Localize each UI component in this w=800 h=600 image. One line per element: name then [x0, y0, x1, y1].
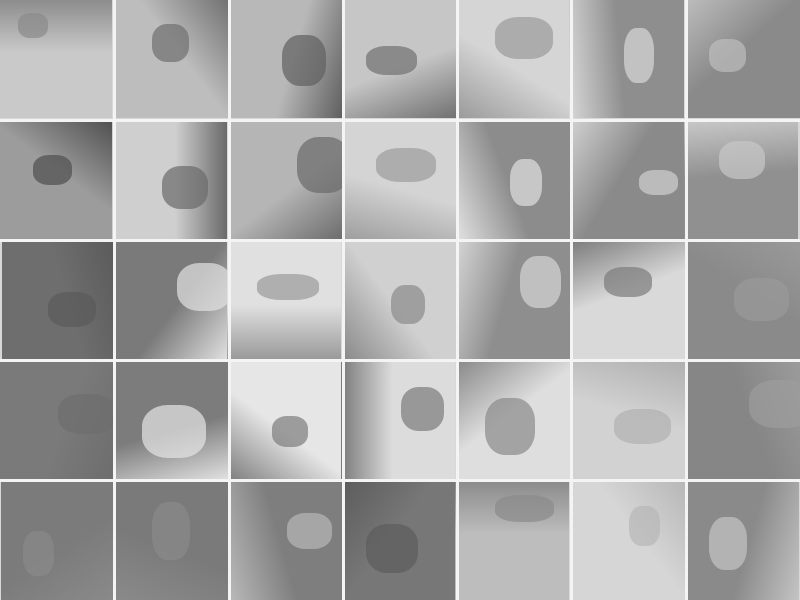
tile-detail	[719, 141, 765, 179]
puzzle-tile[interactable]	[685, 480, 799, 600]
tile-detail	[391, 285, 425, 324]
puzzle-tile[interactable]	[688, 362, 800, 482]
puzzle-tile[interactable]	[687, 0, 800, 118]
tile-detail	[18, 13, 48, 38]
tile-detail	[23, 531, 54, 576]
puzzle-tile[interactable]	[343, 480, 457, 600]
puzzle-tile[interactable]	[684, 121, 798, 241]
tile-detail	[749, 380, 800, 428]
puzzle-tile[interactable]	[0, 362, 113, 482]
tile-detail	[604, 267, 652, 297]
puzzle-tile[interactable]	[112, 121, 226, 241]
puzzle-tile[interactable]	[573, 239, 687, 359]
puzzle-tile[interactable]	[1, 480, 115, 600]
tile-detail	[287, 513, 332, 549]
tile-detail	[495, 495, 554, 522]
tile-seam	[685, 0, 688, 600]
tile-detail	[709, 39, 746, 72]
tile-detail	[709, 517, 747, 570]
puzzle-tile[interactable]	[227, 239, 341, 359]
tile-detail	[485, 398, 535, 455]
tile-detail	[152, 24, 189, 62]
puzzle-board	[0, 0, 800, 600]
tile-detail	[520, 256, 561, 308]
puzzle-tile[interactable]	[569, 0, 683, 118]
tile-seam	[0, 239, 800, 242]
puzzle-tile[interactable]	[686, 239, 800, 359]
tile-detail	[510, 159, 542, 206]
tile-detail	[272, 416, 308, 447]
puzzle-tile[interactable]	[230, 121, 344, 241]
tile-detail	[152, 502, 190, 560]
tile-detail	[624, 28, 654, 83]
tile-detail	[162, 166, 208, 209]
puzzle-tile[interactable]	[113, 480, 227, 600]
tile-detail	[33, 155, 72, 185]
puzzle-tile[interactable]	[455, 480, 569, 600]
tile-detail	[401, 387, 444, 431]
tile-detail	[58, 394, 113, 434]
tile-detail	[282, 35, 326, 86]
tile-seam	[456, 0, 459, 600]
tile-detail	[376, 148, 436, 182]
puzzle-tile[interactable]	[228, 0, 342, 118]
tile-seam	[0, 359, 800, 362]
puzzle-tile[interactable]	[114, 239, 228, 359]
tile-detail	[177, 263, 228, 311]
tile-seam	[570, 0, 573, 600]
tile-detail	[257, 274, 319, 300]
puzzle-tile[interactable]	[344, 239, 458, 359]
puzzle-tile[interactable]	[342, 121, 456, 241]
tile-detail	[366, 524, 418, 573]
puzzle-tile[interactable]	[572, 480, 686, 600]
puzzle-tile[interactable]	[458, 362, 572, 482]
puzzle-tile[interactable]	[459, 121, 573, 241]
puzzle-tile[interactable]	[0, 0, 112, 118]
tile-detail	[629, 506, 660, 546]
puzzle-tile[interactable]	[115, 0, 229, 118]
tile-detail	[734, 278, 789, 321]
tile-detail	[297, 137, 344, 193]
tile-seam	[113, 0, 116, 600]
puzzle-tile[interactable]	[345, 0, 459, 118]
puzzle-tile[interactable]	[229, 362, 343, 482]
puzzle-tile[interactable]	[0, 121, 114, 241]
tile-detail	[639, 170, 678, 195]
puzzle-tile[interactable]	[457, 0, 571, 118]
tile-detail	[142, 405, 206, 458]
tile-seam	[0, 479, 800, 482]
puzzle-tile[interactable]	[571, 121, 685, 241]
tile-detail	[366, 46, 417, 75]
puzzle-tile[interactable]	[116, 362, 230, 482]
tile-detail	[48, 292, 96, 327]
puzzle-tile[interactable]	[570, 362, 684, 482]
tile-detail	[614, 409, 671, 444]
tile-seam	[0, 119, 800, 122]
puzzle-tile[interactable]	[231, 480, 345, 600]
tile-seam	[342, 0, 345, 600]
tile-detail	[495, 17, 553, 59]
puzzle-tile[interactable]	[341, 362, 455, 482]
puzzle-tile[interactable]	[456, 239, 570, 359]
tile-seam	[228, 0, 231, 600]
puzzle-tile[interactable]	[2, 239, 116, 359]
